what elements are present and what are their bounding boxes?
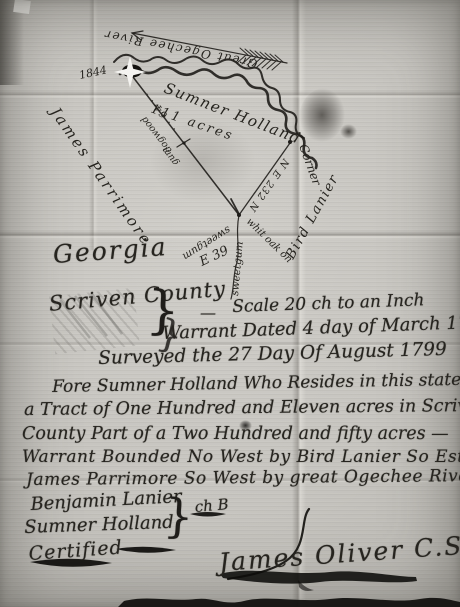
tick-point [182, 141, 185, 144]
corner-label: Corner [296, 142, 324, 188]
scale-dash: — [200, 303, 216, 322]
boundary-line-east [239, 143, 290, 215]
east-line-bearing-label: N E 232 N [246, 155, 292, 213]
chain-bearers-brace: } [162, 488, 195, 544]
west-neighbor-label: James Parrimore [45, 102, 156, 250]
tree-mark-whiteoak-label: whit oak on [244, 216, 294, 265]
body-line-5: James Parrimore So West by great Ogechee… [26, 466, 460, 490]
body-line-3: County Part of a Two Hundred and fifty a… [22, 424, 449, 444]
body-line-2: a Tract of One Hundred and Eleven acres … [24, 396, 460, 420]
margin-note-label: 1844 [78, 63, 108, 82]
river-name-label: Great Ogechee River [102, 27, 258, 71]
certified-dash [116, 547, 176, 553]
vertex-point [237, 213, 241, 217]
survey-plat-document: Great Ogechee River 1844 Sumner Holland … [0, 0, 460, 607]
body-line-4: Warrant Bounded No West by Bird Lanier S… [22, 447, 460, 467]
chain-bearers-note: ch B [194, 495, 229, 516]
tree-mark-sweetgum-2-label: sweetgum [229, 241, 246, 296]
torn-bottom-edge [118, 598, 460, 607]
